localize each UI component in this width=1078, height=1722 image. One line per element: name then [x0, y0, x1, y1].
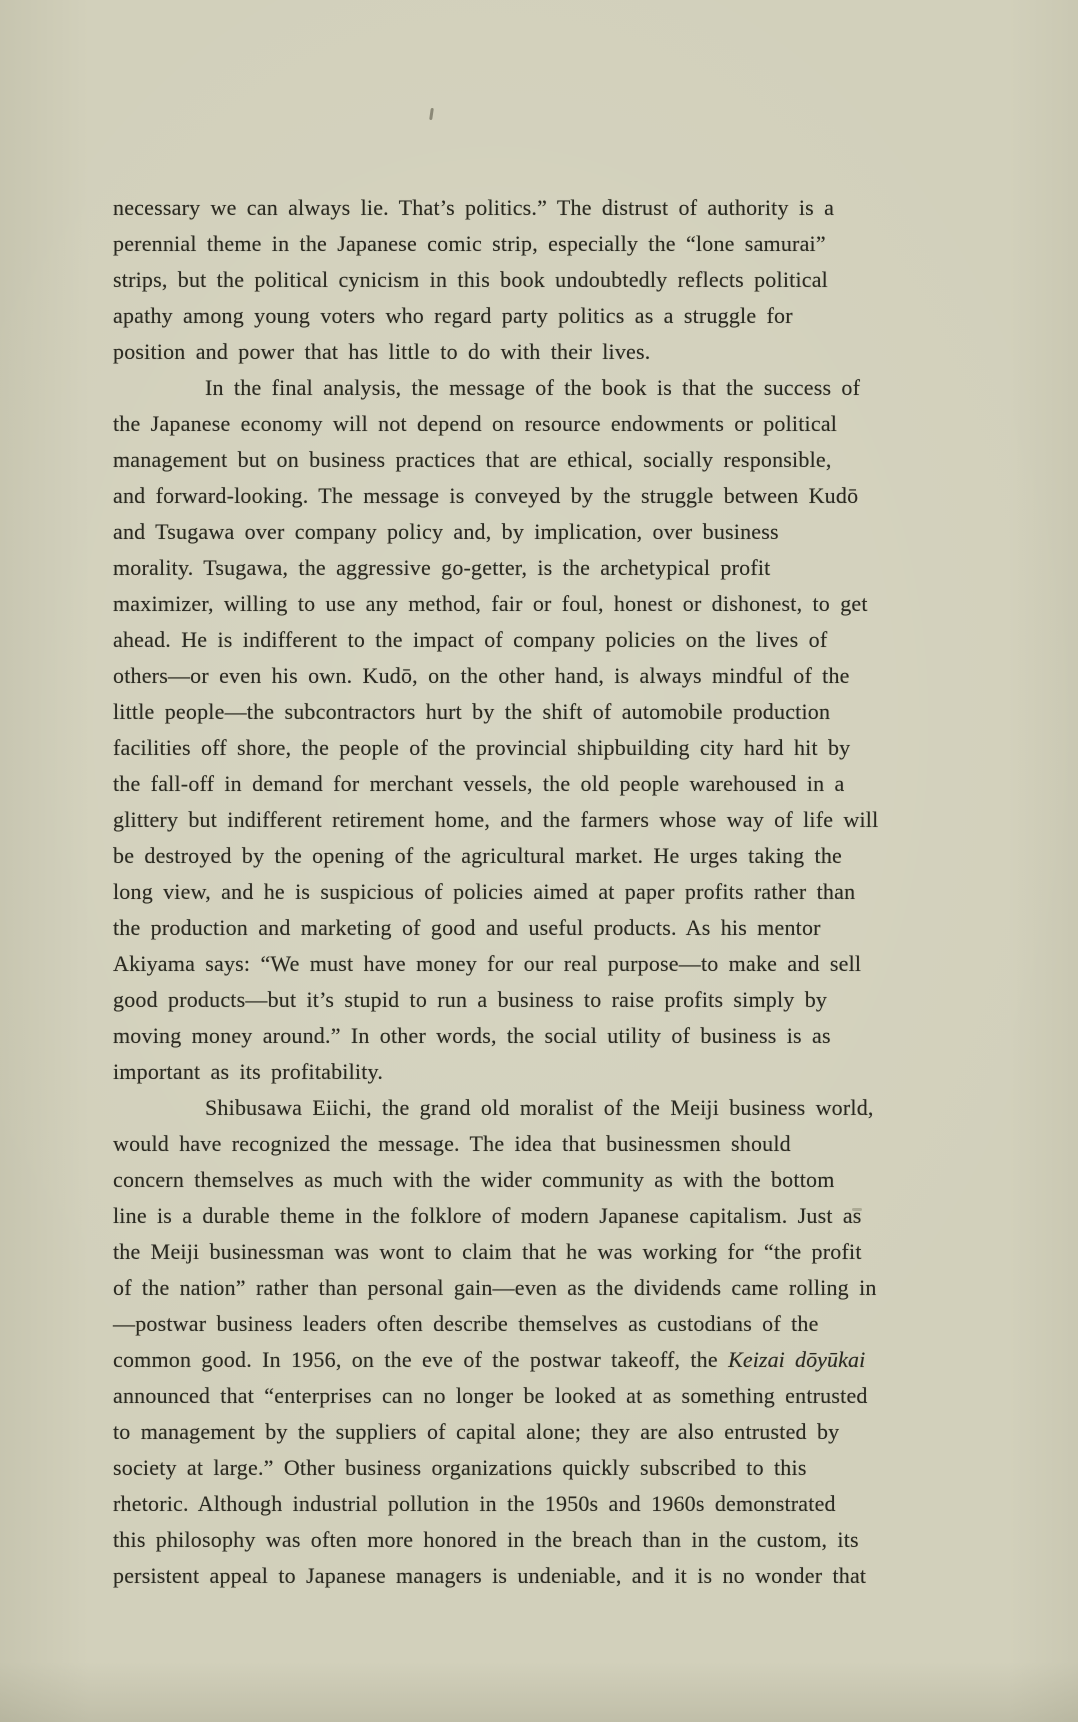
- text-line: glittery but indifferent retirement home…: [113, 802, 981, 838]
- text-line: perennial theme in the Japanese comic st…: [113, 226, 981, 262]
- text-line: this philosophy was often more honored i…: [113, 1522, 981, 1558]
- text-line: the Meiji businessman was wont to claim …: [113, 1234, 981, 1270]
- text-line: long view, and he is suspicious of polic…: [113, 874, 981, 910]
- text-line: —postwar business leaders often describe…: [113, 1306, 981, 1342]
- text-segment: others—or even his own. Kudō, on the oth…: [113, 663, 850, 688]
- text-segment: apathy among young voters who regard par…: [113, 303, 793, 328]
- text-line: others—or even his own. Kudō, on the oth…: [113, 658, 981, 694]
- text-line: strips, but the political cynicism in th…: [113, 262, 981, 298]
- text-segment: perennial theme in the Japanese comic st…: [113, 231, 826, 256]
- text-segment: little people—the subcontractors hurt by…: [113, 699, 830, 724]
- text-segment: announced that “enterprises can no longe…: [113, 1383, 868, 1408]
- text-segment: In the final analysis, the message of th…: [205, 375, 860, 400]
- text-line: persistent appeal to Japanese managers i…: [113, 1558, 981, 1594]
- text-line: In the final analysis, the message of th…: [113, 370, 981, 406]
- text-line: and Tsugawa over company policy and, by …: [113, 514, 981, 550]
- text-segment: necessary we can always lie. That’s poli…: [113, 195, 834, 220]
- text-segment: this philosophy was often more honored i…: [113, 1527, 859, 1552]
- text-line: management but on business practices tha…: [113, 442, 981, 478]
- text-segment: the Japanese economy will not depend on …: [113, 411, 837, 436]
- text-line: Shibusawa Eiichi, the grand old moralist…: [113, 1090, 981, 1126]
- text-line: announced that “enterprises can no longe…: [113, 1378, 981, 1414]
- text-segment: concern themselves as much with the wide…: [113, 1167, 835, 1192]
- text-segment: —postwar business leaders often describe…: [113, 1311, 819, 1336]
- text-segment: long view, and he is suspicious of polic…: [113, 879, 855, 904]
- text-segment: of the nation” rather than personal gain…: [113, 1275, 877, 1300]
- text-line: would have recognized the message. The i…: [113, 1126, 981, 1162]
- text-segment: good products—but it’s stupid to run a b…: [113, 987, 827, 1012]
- text-segment: maximizer, willing to use any method, fa…: [113, 591, 868, 616]
- text-line: ahead. He is indifferent to the impact o…: [113, 622, 981, 658]
- text-segment: important as its profitability.: [113, 1059, 383, 1084]
- text-line: the Japanese economy will not depend on …: [113, 406, 981, 442]
- text-segment: glittery but indifferent retirement home…: [113, 807, 878, 832]
- text-segment: society at large.” Other business organi…: [113, 1455, 807, 1480]
- text-segment: Akiyama says: “We must have money for ou…: [113, 951, 861, 976]
- text-segment: the fall-off in demand for merchant vess…: [113, 771, 844, 796]
- text-line: rhetoric. Although industrial pollution …: [113, 1486, 981, 1522]
- text-segment: rhetoric. Although industrial pollution …: [113, 1491, 836, 1516]
- text-segment: ahead. He is indifferent to the impact o…: [113, 627, 827, 652]
- book-page: necessary we can always lie. That’s poli…: [0, 0, 1078, 1722]
- text-line: moving money around.” In other words, th…: [113, 1018, 981, 1054]
- text-line: morality. Tsugawa, the aggressive go-get…: [113, 550, 981, 586]
- text-line: Akiyama says: “We must have money for ou…: [113, 946, 981, 982]
- text-line: necessary we can always lie. That’s poli…: [113, 190, 981, 226]
- text-segment: position and power that has little to do…: [113, 339, 650, 364]
- paragraph: Shibusawa Eiichi, the grand old moralist…: [113, 1090, 981, 1594]
- text-segment: moving money around.” In other words, th…: [113, 1023, 831, 1048]
- text-segment: common good. In 1956, on the eve of the …: [113, 1347, 728, 1372]
- text-line: common good. In 1956, on the eve of the …: [113, 1342, 981, 1378]
- text-segment: the production and marketing of good and…: [113, 915, 821, 940]
- text-segment: and forward-looking. The message is conv…: [113, 483, 858, 508]
- text-segment: the Meiji businessman was wont to claim …: [113, 1239, 862, 1264]
- text-segment: facilities off shore, the people of the …: [113, 735, 850, 760]
- text-line: little people—the subcontractors hurt by…: [113, 694, 981, 730]
- italic-term: Keizai dōyūkai: [728, 1347, 865, 1372]
- text-segment: management but on business practices tha…: [113, 447, 832, 472]
- paragraph: In the final analysis, the message of th…: [113, 370, 981, 1090]
- text-segment: Shibusawa Eiichi, the grand old moralist…: [205, 1095, 874, 1120]
- text-segment: persistent appeal to Japanese managers i…: [113, 1563, 866, 1588]
- text-line: important as its profitability.: [113, 1054, 981, 1090]
- text-segment: and Tsugawa over company policy and, by …: [113, 519, 779, 544]
- text-line: and forward-looking. The message is conv…: [113, 478, 981, 514]
- text-segment: be destroyed by the opening of the agric…: [113, 843, 842, 868]
- text-line: to management by the suppliers of capita…: [113, 1414, 981, 1450]
- text-segment: line is a durable theme in the folklore …: [113, 1203, 862, 1228]
- scan-speck: [429, 108, 434, 120]
- text-line: society at large.” Other business organi…: [113, 1450, 981, 1486]
- text-segment: would have recognized the message. The i…: [113, 1131, 791, 1156]
- text-line: of the nation” rather than personal gain…: [113, 1270, 981, 1306]
- page-text-block: necessary we can always lie. That’s poli…: [113, 190, 981, 1594]
- text-segment: morality. Tsugawa, the aggressive go-get…: [113, 555, 770, 580]
- text-line: apathy among young voters who regard par…: [113, 298, 981, 334]
- text-line: position and power that has little to do…: [113, 334, 981, 370]
- text-segment: strips, but the political cynicism in th…: [113, 267, 828, 292]
- text-line: be destroyed by the opening of the agric…: [113, 838, 981, 874]
- text-line: line is a durable theme in the folklore …: [113, 1198, 981, 1234]
- text-line: the production and marketing of good and…: [113, 910, 981, 946]
- text-line: concern themselves as much with the wide…: [113, 1162, 981, 1198]
- text-line: the fall-off in demand for merchant vess…: [113, 766, 981, 802]
- text-line: maximizer, willing to use any method, fa…: [113, 586, 981, 622]
- text-line: facilities off shore, the people of the …: [113, 730, 981, 766]
- text-segment: to management by the suppliers of capita…: [113, 1419, 839, 1444]
- paragraph: necessary we can always lie. That’s poli…: [113, 190, 981, 370]
- text-line: good products—but it’s stupid to run a b…: [113, 982, 981, 1018]
